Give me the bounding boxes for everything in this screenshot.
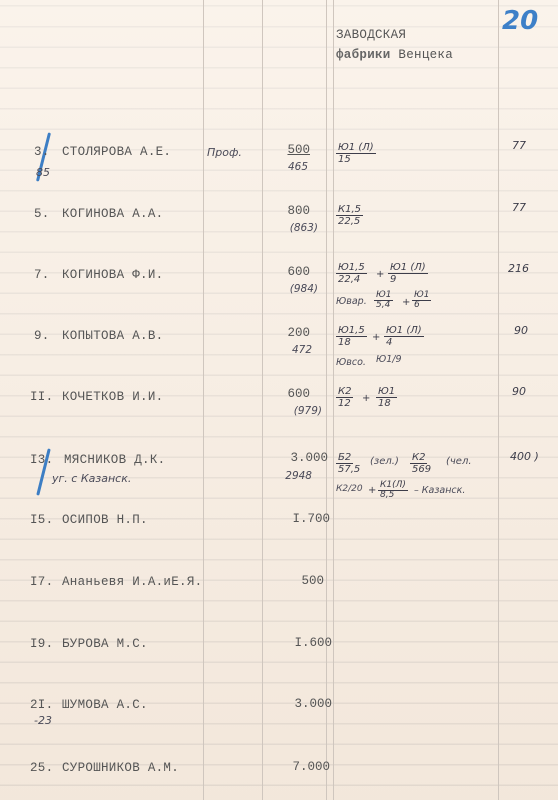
formula-fraction: Ю15,4 xyxy=(374,291,393,310)
plus-sign: + xyxy=(402,297,410,308)
row-amount: I.600 xyxy=(272,636,332,650)
row-number: 9. xyxy=(34,329,50,343)
row-number: I9. xyxy=(30,637,53,651)
plus-sign: + xyxy=(372,332,380,343)
row-number: II. xyxy=(30,390,53,404)
row-name: КОПЫТОВА А.В. xyxy=(62,329,163,343)
plus-sign: + xyxy=(376,269,384,280)
formula-fraction: Ю1 (Л)15 xyxy=(336,142,376,165)
formula-text: – Казанск. xyxy=(414,485,465,496)
formula-fraction: Б257,5 xyxy=(336,452,362,475)
row-amount-handwritten: 2948 xyxy=(256,470,312,482)
row-subnote: уг. с Казанск. xyxy=(52,472,131,485)
column-divider xyxy=(333,0,334,800)
row-number: I7. xyxy=(30,575,53,589)
row-amount: 600 xyxy=(250,265,310,279)
page-number: 20 xyxy=(502,6,538,36)
row-name: СТОЛЯРОВА А.Е. xyxy=(62,145,171,159)
row-amount: 3.000 xyxy=(268,451,328,465)
row-name: КОГИНОВА Ф.И. xyxy=(62,268,163,282)
formula-text: Ю1/9 xyxy=(376,354,402,365)
formula-fraction: Ю1,518 xyxy=(336,325,367,348)
row-amount-handwritten: 465 xyxy=(252,161,308,173)
margin-note: -23 xyxy=(34,714,52,727)
row-total: 400 ) xyxy=(510,450,539,463)
row-name: СУРОШНИКОВ А.М. xyxy=(62,761,179,775)
row-amount-handwritten: (979) xyxy=(266,405,322,417)
plus-sign: + xyxy=(362,393,370,404)
formula-fraction: Ю16 xyxy=(412,291,431,310)
row-number: 7. xyxy=(34,268,50,282)
row-amount: 800 xyxy=(250,204,310,218)
formula-fraction: К2569 xyxy=(410,452,433,475)
column-divider xyxy=(326,0,327,800)
row-amount: 200 xyxy=(250,326,310,340)
column-divider xyxy=(498,0,499,800)
row-number: I3. xyxy=(30,453,53,467)
formula-fraction: Ю1 (Л)4 xyxy=(384,325,424,348)
row-name: КОГИНОВА А.А. xyxy=(62,207,163,221)
formula-text: К2/20 xyxy=(336,484,363,494)
row-number: I5. xyxy=(30,513,53,527)
row-amount: 500 xyxy=(250,143,310,157)
formula-fraction: Ю1,522,4 xyxy=(336,262,367,285)
row-amount: I.700 xyxy=(270,512,330,526)
row-name: МЯСНИКОВ Д.К. xyxy=(64,453,165,467)
row-name: БУРОВА М.С. xyxy=(62,637,148,651)
formula-suffix: (чел. xyxy=(446,456,472,467)
formula-prefix: Ювсо. xyxy=(336,357,366,368)
row-name: ШУМОВА А.С. xyxy=(62,698,148,712)
row-total: 77 xyxy=(512,201,526,214)
formula-fraction: Ю1 (Л)9 xyxy=(388,262,428,285)
row-number: 3. xyxy=(34,145,50,159)
row-amount-handwritten: 472 xyxy=(256,344,312,356)
formula-fraction: К1,522,5 xyxy=(336,204,363,227)
row-name: Ананьевя И.А.иЕ.Я. xyxy=(62,575,202,589)
row-number: 5. xyxy=(34,207,50,221)
row-total: 77 xyxy=(512,139,526,152)
formula-prefix: Ювар. xyxy=(336,296,367,307)
row-amount: 3.000 xyxy=(272,697,332,711)
row-note: Проф. xyxy=(207,146,242,159)
column-divider xyxy=(203,0,204,800)
row-total: 216 xyxy=(508,262,529,275)
formula-fraction: К1(Л)8,5 xyxy=(378,481,408,500)
struck-word: фабрики xyxy=(336,48,391,62)
row-total: 90 xyxy=(514,324,528,337)
row-total: 90 xyxy=(512,385,526,398)
formula-fraction: Ю118 xyxy=(376,386,397,409)
row-amount: 7.000 xyxy=(270,760,330,774)
row-number: 2I. xyxy=(30,698,53,712)
row-amount-handwritten: (984) xyxy=(262,283,318,295)
row-number: 25. xyxy=(30,761,53,775)
plus-sign: + xyxy=(368,485,376,496)
factory-heading: ЗАВОДСКАЯ xyxy=(336,28,406,42)
formula-suffix: (зел.) xyxy=(370,456,399,467)
row-amount: 600 xyxy=(250,387,310,401)
row-name: КОЧЕТКОВ И.И. xyxy=(62,390,163,404)
factory-name: Венцека xyxy=(398,48,453,62)
factory-subheading: фабрики Венцека xyxy=(336,48,453,62)
row-name: ОСИПОВ Н.П. xyxy=(62,513,148,527)
margin-note: 85 xyxy=(36,166,50,179)
row-amount: 500 xyxy=(264,574,324,588)
formula-fraction: К212 xyxy=(336,386,353,409)
row-amount-handwritten: (863) xyxy=(262,222,318,234)
